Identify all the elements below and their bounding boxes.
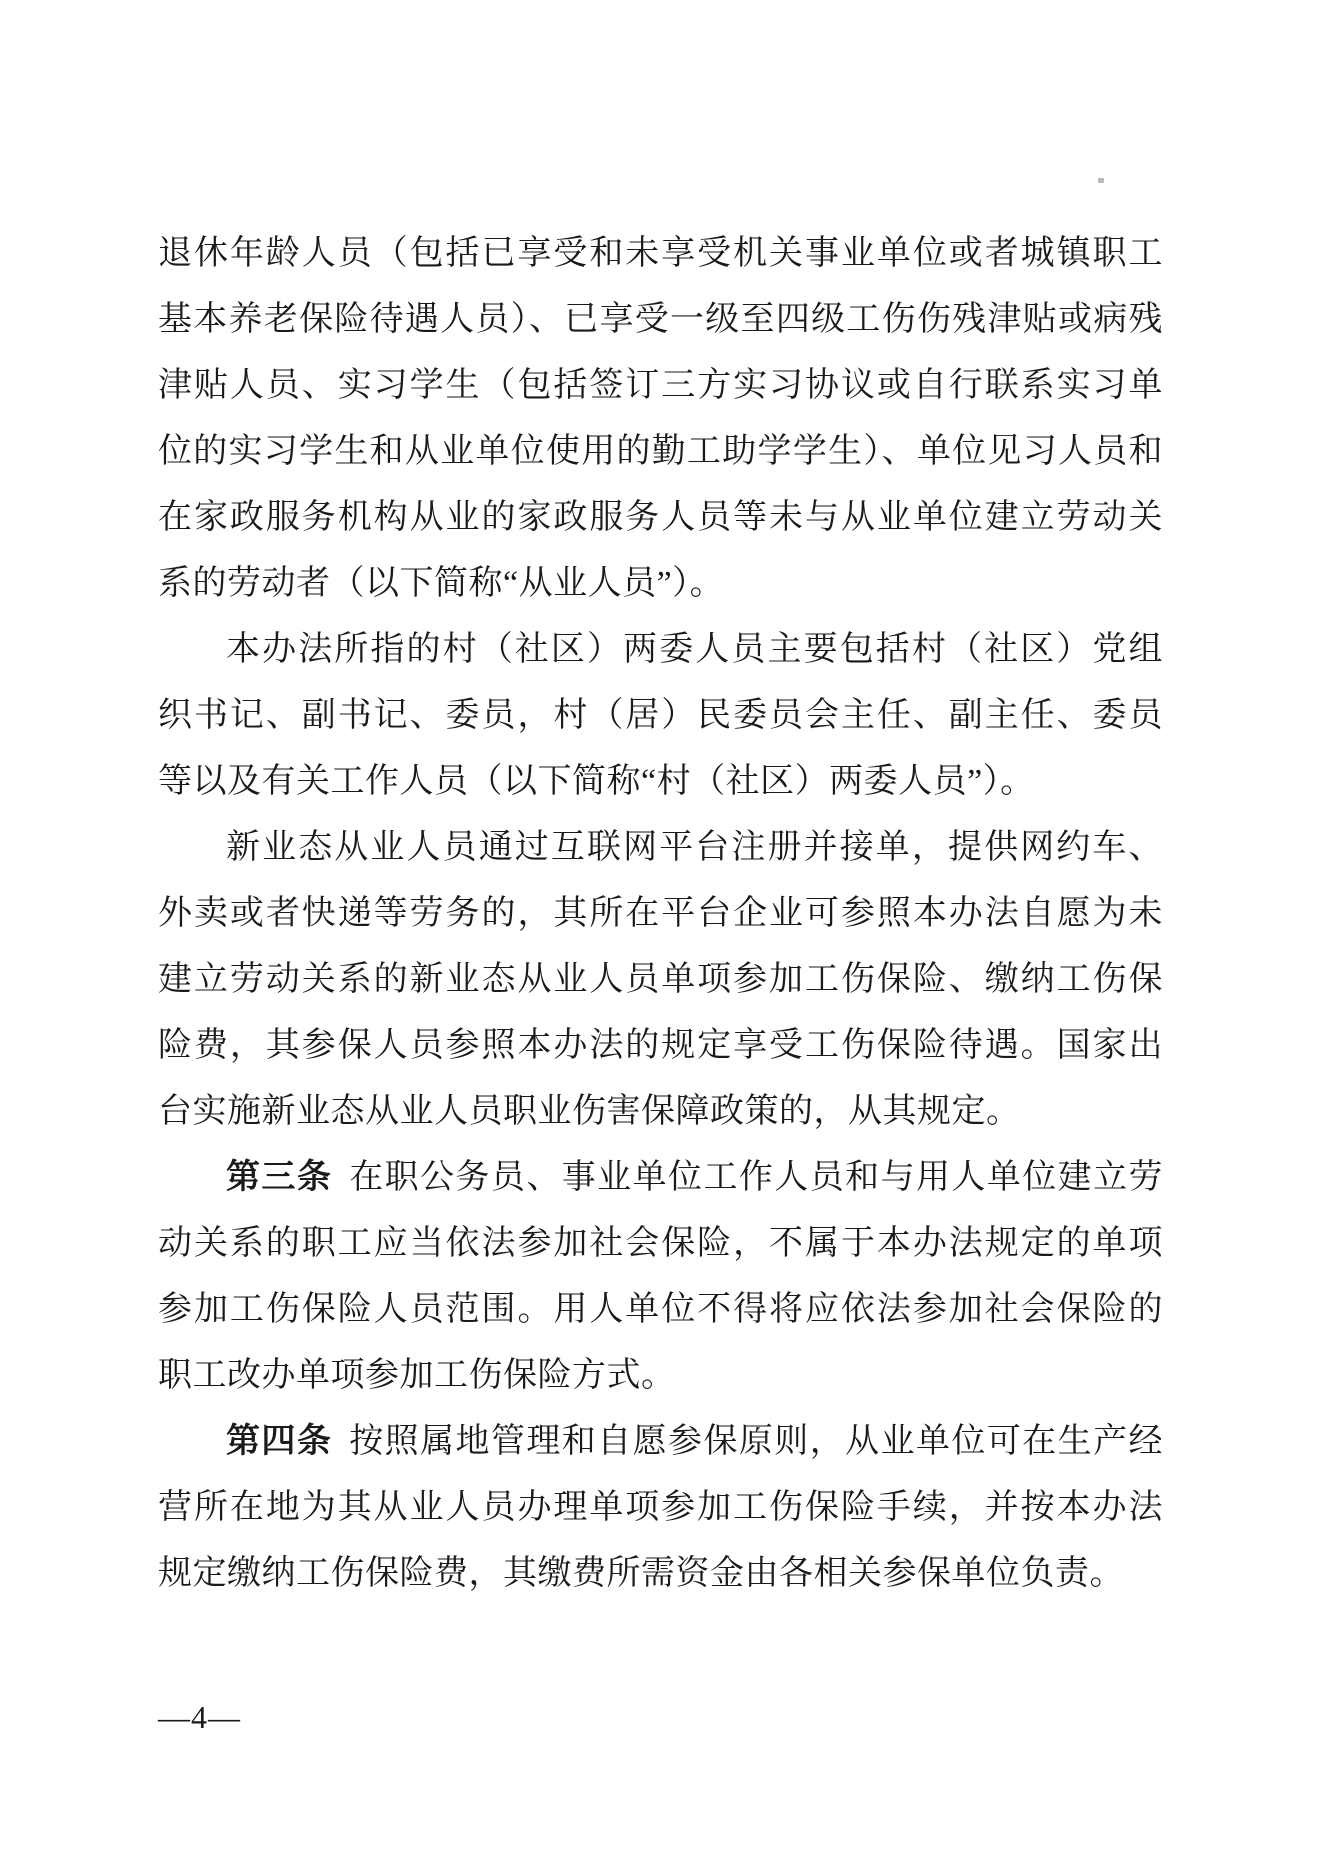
text-line: 险费，其参保人员参照本办法的规定享受工伤保险待遇。国家出 — [158, 1013, 1163, 1079]
text-line: 第四条按照属地管理和自愿参保原则，从业单位可在生产经 — [158, 1409, 1163, 1475]
text-line: 营所在地为其从业人员办理单项参加工伤保险手续，并按本办法 — [158, 1475, 1163, 1541]
text-segment: 动关系的职工应当依法参加社会保险，不属于本办法规定的单项 — [158, 1225, 1163, 1262]
text-line: 津贴人员、实习学生（包括签订三方实习协议或自行联系实习单 — [158, 353, 1163, 419]
text-line: 系的劳动者（以下简称“从业人员”）。 — [158, 551, 1163, 617]
article-number: 第四条 — [226, 1423, 332, 1460]
text-line: 第三条在职公务员、事业单位工作人员和与用人单位建立劳 — [158, 1145, 1163, 1211]
text-line: 新业态从业人员通过互联网平台注册并接单，提供网约车、 — [158, 815, 1163, 881]
text-line: 职工改办单项参加工伤保险方式。 — [158, 1343, 1163, 1409]
text-line: 台实施新业态从业人员职业伤害保障政策的，从其规定。 — [158, 1079, 1163, 1145]
text-line: 等以及有关工作人员（以下简称“村（社区）两委人员”）。 — [158, 749, 1163, 815]
text-line: 规定缴纳工伤保险费，其缴费所需资金由各相关参保单位负责。 — [158, 1541, 1163, 1607]
text-segment: 系的劳动者（以下简称“从业人员”）。 — [158, 565, 724, 602]
text-line: 织书记、副书记、委员，村（居）民委员会主任、副主任、委员 — [158, 683, 1163, 749]
text-segment: 外卖或者快递等劳务的，其所在平台企业可参照本办法自愿为未 — [158, 895, 1163, 932]
article-number: 第三条 — [226, 1159, 332, 1196]
text-segment: 职工改办单项参加工伤保险方式。 — [158, 1357, 676, 1394]
text-line: 本办法所指的村（社区）两委人员主要包括村（社区）党组 — [158, 617, 1163, 683]
text-line: 在家政服务机构从业的家政服务人员等未与从业单位建立劳动关 — [158, 485, 1163, 551]
text-line: 位的实习学生和从业单位使用的勤工助学学生）、单位见习人员和 — [158, 419, 1163, 485]
text-segment: 位的实习学生和从业单位使用的勤工助学学生）、单位见习人员和 — [158, 433, 1163, 470]
page-number: —4— — [158, 1697, 241, 1737]
text-segment: 规定缴纳工伤保险费，其缴费所需资金由各相关参保单位负责。 — [158, 1555, 1124, 1592]
document-page: 退休年龄人员（包括已享受和未享受机关事业单位或者城镇职工基本养老保险待遇人员）、… — [0, 0, 1323, 1870]
text-segment: 营所在地为其从业人员办理单项参加工伤保险手续，并按本办法 — [158, 1489, 1163, 1526]
text-segment: 退休年龄人员（包括已享受和未享受机关事业单位或者城镇职工 — [158, 235, 1163, 272]
text-segment: 本办法所指的村（社区）两委人员主要包括村（社区）党组 — [226, 631, 1163, 668]
text-line: 外卖或者快递等劳务的，其所在平台企业可参照本办法自愿为未 — [158, 881, 1163, 947]
text-segment: 基本养老保险待遇人员）、已享受一级至四级工伤伤残津贴或病残 — [158, 301, 1163, 338]
text-line: 建立劳动关系的新业态从业人员单项参加工伤保险、缴纳工伤保 — [158, 947, 1163, 1013]
text-segment: 在职公务员、事业单位工作人员和与用人单位建立劳 — [349, 1159, 1163, 1196]
text-block: 退休年龄人员（包括已享受和未享受机关事业单位或者城镇职工基本养老保险待遇人员）、… — [158, 221, 1163, 1607]
text-segment: 在家政服务机构从业的家政服务人员等未与从业单位建立劳动关 — [158, 499, 1163, 536]
text-segment: 按照属地管理和自愿参保原则，从业单位可在生产经 — [349, 1423, 1163, 1460]
text-segment: 等以及有关工作人员（以下简称“村（社区）两委人员”）。 — [158, 763, 1035, 800]
text-line: 退休年龄人员（包括已享受和未享受机关事业单位或者城镇职工 — [158, 221, 1163, 287]
text-segment: 织书记、副书记、委员，村（居）民委员会主任、副主任、委员 — [158, 697, 1163, 734]
text-segment: 新业态从业人员通过互联网平台注册并接单，提供网约车、 — [226, 829, 1163, 866]
text-line: 动关系的职工应当依法参加社会保险，不属于本办法规定的单项 — [158, 1211, 1163, 1277]
text-line: 基本养老保险待遇人员）、已享受一级至四级工伤伤残津贴或病残 — [158, 287, 1163, 353]
text-segment: 津贴人员、实习学生（包括签订三方实习协议或自行联系实习单 — [158, 367, 1163, 404]
text-segment: 参加工伤保险人员范围。用人单位不得将应依法参加社会保险的 — [158, 1291, 1163, 1328]
text-segment: 台实施新业态从业人员职业伤害保障政策的，从其规定。 — [158, 1093, 1021, 1130]
text-line: 参加工伤保险人员范围。用人单位不得将应依法参加社会保险的 — [158, 1277, 1163, 1343]
text-segment: 险费，其参保人员参照本办法的规定享受工伤保险待遇。国家出 — [158, 1027, 1163, 1064]
scan-speck-icon — [1098, 178, 1104, 183]
text-segment: 建立劳动关系的新业态从业人员单项参加工伤保险、缴纳工伤保 — [158, 961, 1163, 998]
